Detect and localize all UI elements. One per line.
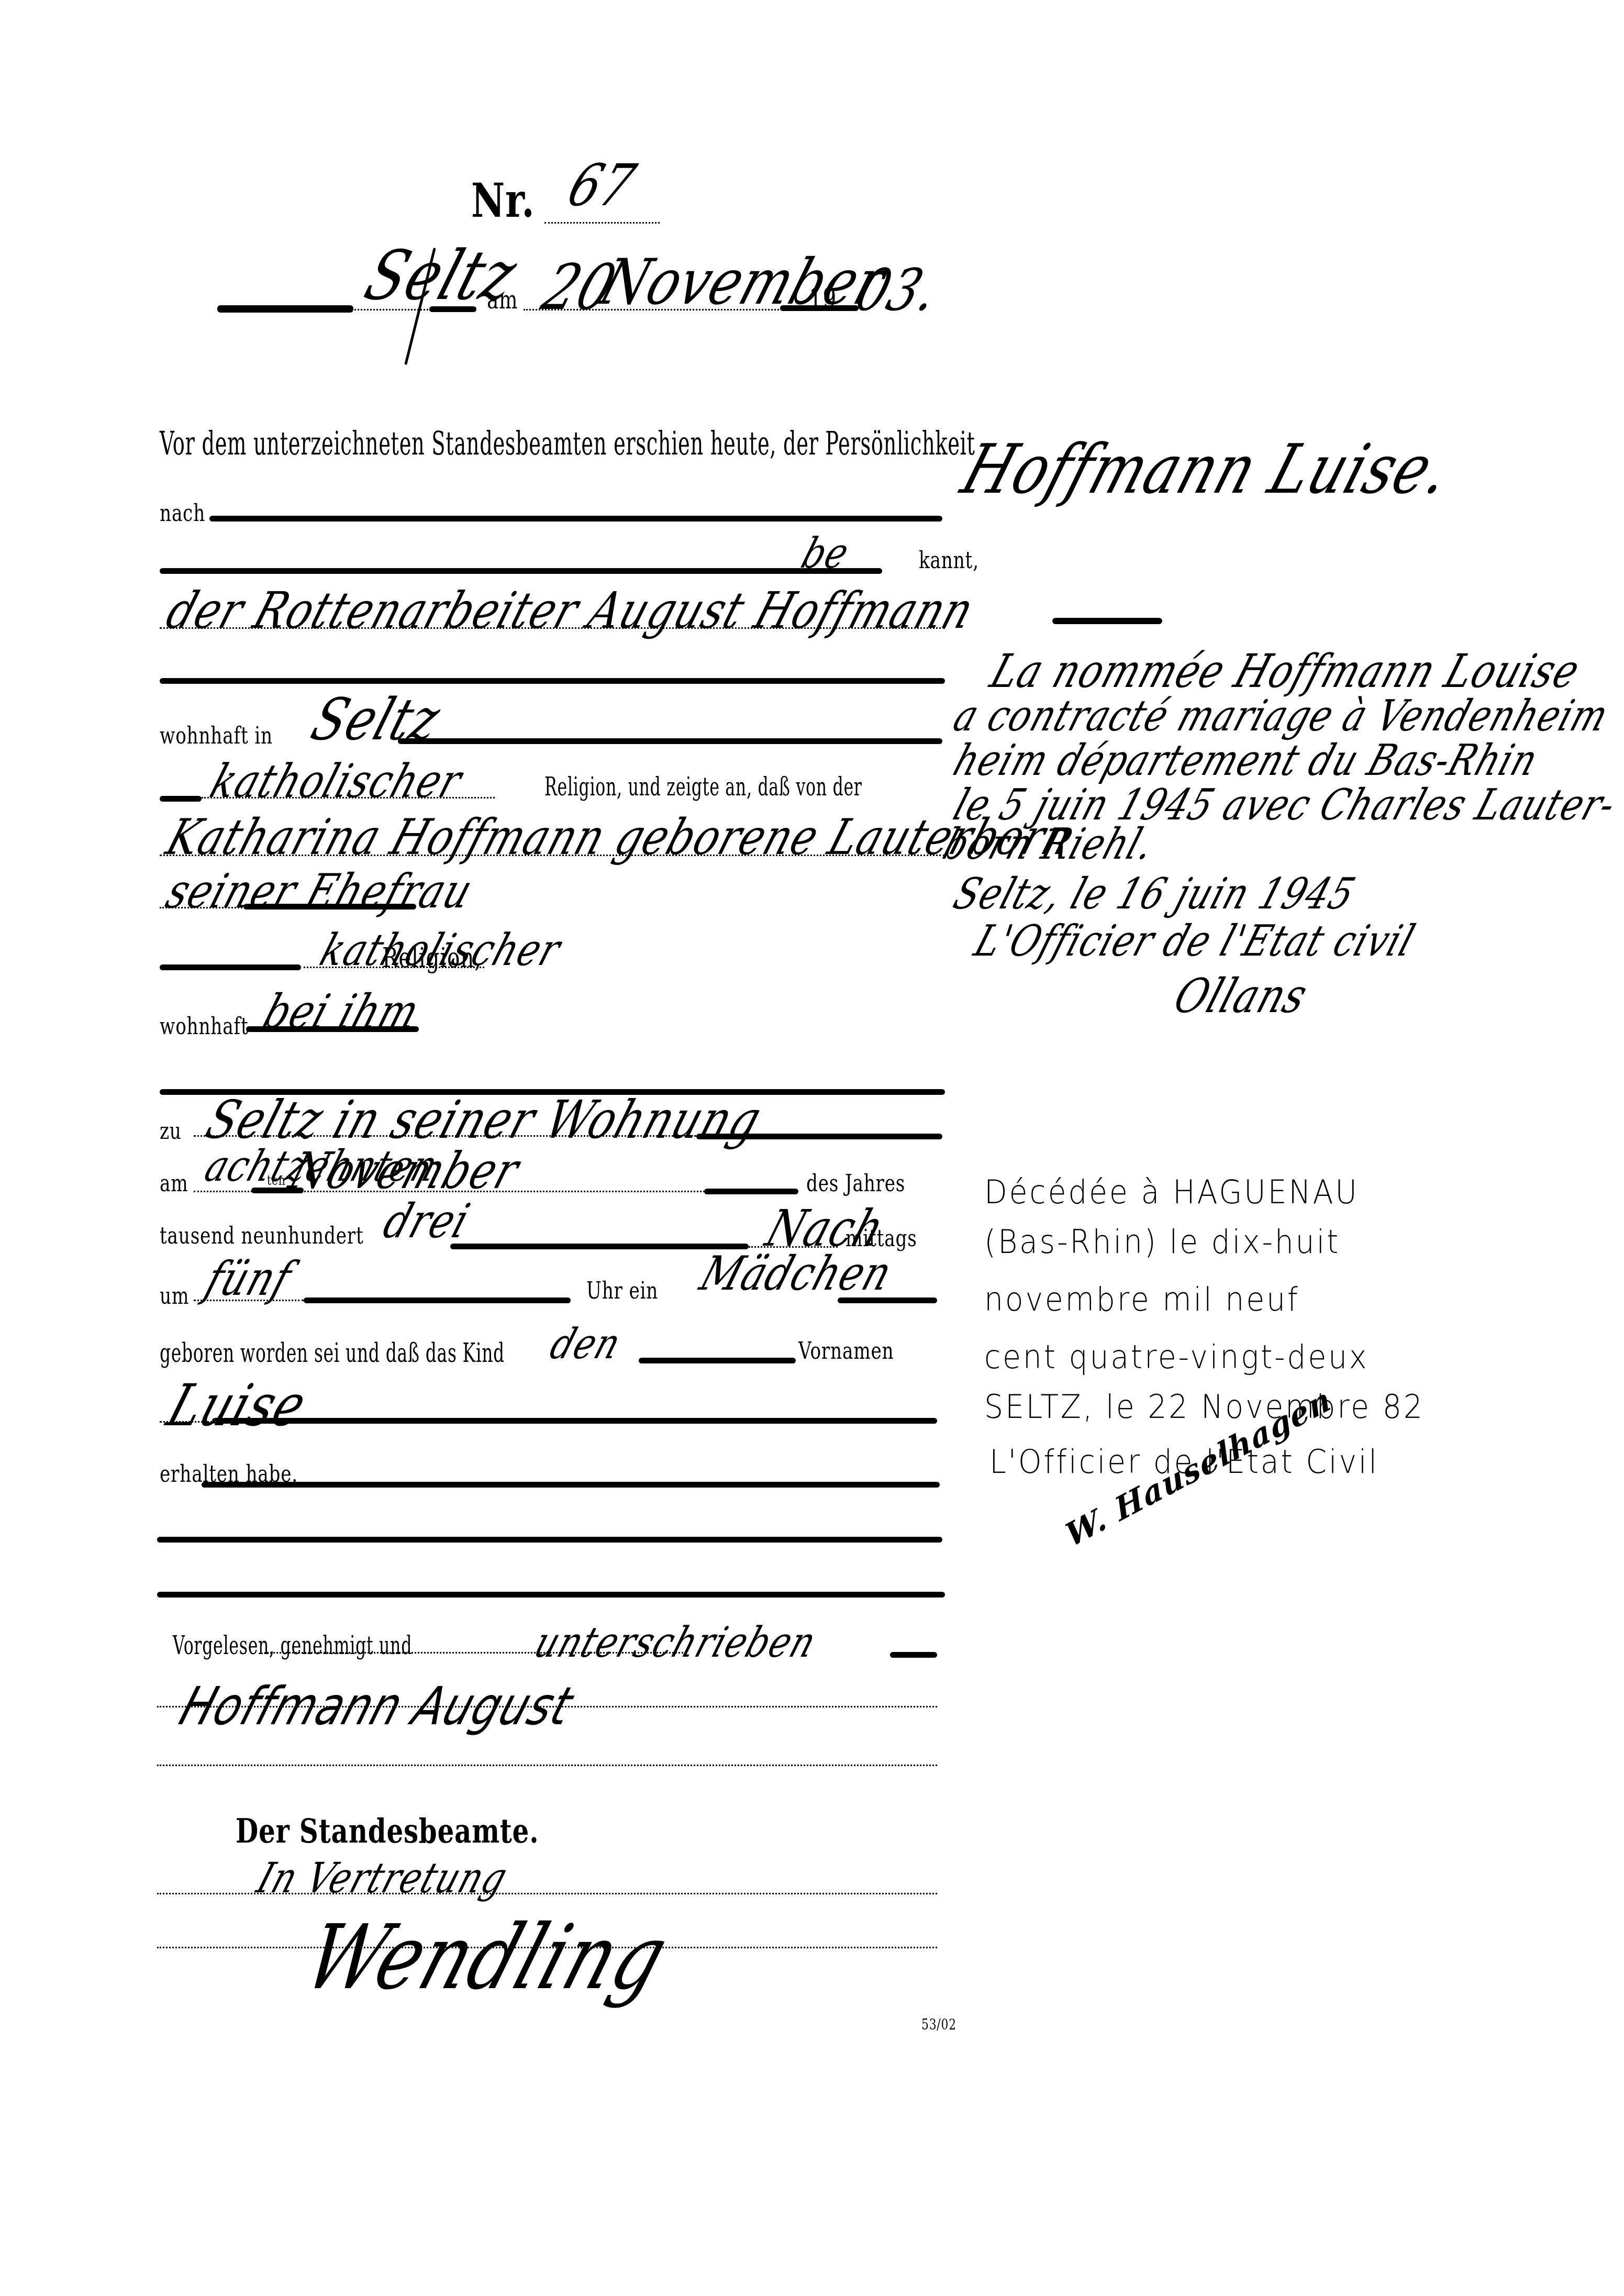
uhr-ein: Uhr ein	[586, 1278, 658, 1304]
um-value: fünf	[199, 1251, 298, 1306]
marriage-signature: Ollans	[1167, 969, 1315, 1024]
nach-line	[209, 516, 942, 522]
geboren-text: geboren worden sei und daß das Kind	[160, 1338, 505, 1368]
mother-relation-line	[160, 907, 249, 908]
child-name-tail	[212, 1418, 937, 1424]
marriage-officer: L'Officier de l'Etat civil	[969, 916, 1421, 966]
signature-line-1	[157, 1706, 937, 1707]
mother-relation-tail	[243, 904, 416, 909]
date-line-lead	[217, 305, 353, 313]
bekannt-line	[160, 568, 882, 574]
place-line-tail	[429, 306, 476, 312]
religion-text-2: Religion,	[382, 942, 482, 974]
child-sex-tail	[838, 1297, 937, 1303]
vorgelesen-label: Vorgelesen, genehmigt und	[173, 1631, 412, 1660]
nach-label: nach	[160, 500, 205, 527]
date-prefix: am	[487, 285, 518, 315]
vorgelesen-line	[264, 1652, 683, 1654]
form-code: 53/02	[921, 2016, 956, 2033]
year-prefix: 19	[809, 283, 837, 314]
informant-blank-line	[160, 678, 945, 684]
des-jahres: des Jahres	[806, 1170, 905, 1197]
am-month-tail	[704, 1189, 798, 1194]
signature-line-2	[157, 1765, 937, 1766]
wohnhaft-label: wohnhaft in	[160, 723, 273, 749]
religion-value-1: katholischer	[204, 754, 469, 808]
am-label: am	[160, 1170, 188, 1197]
erhalten-line	[202, 1482, 940, 1488]
form-intro: Vor dem unterzeichneten Standesbeamten e…	[160, 424, 975, 462]
standesbeamte-line-1	[157, 1893, 937, 1894]
date-line	[524, 309, 785, 310]
child-sex: Mädchen	[694, 1246, 899, 1301]
mother-line	[160, 855, 945, 856]
tausend-value: drei	[377, 1194, 476, 1249]
religion1-line	[202, 797, 495, 798]
death-line-1: Décédée à HAGUENAU	[984, 1173, 1359, 1211]
standesbeamte-line-2	[157, 1947, 937, 1948]
um-label: um	[160, 1283, 189, 1310]
marriage-line-2: a contracté mariage à Vendenheim	[948, 691, 1615, 741]
bekannt-label: kannt,	[919, 547, 979, 574]
ten-small: ten	[267, 1173, 286, 1189]
zu-label: zu	[160, 1118, 182, 1145]
informant-line	[160, 627, 945, 629]
child-name: Luise	[160, 1372, 315, 1439]
um-line	[194, 1300, 304, 1301]
zu-line-tail	[696, 1134, 942, 1139]
register-number-value: 67	[560, 152, 644, 219]
tausend-label: tausend neunhundert	[160, 1223, 364, 1249]
blank-line-c	[157, 1592, 945, 1598]
death-line-3: novembre mil neuf	[984, 1280, 1300, 1318]
tausend-line	[450, 1244, 749, 1249]
am-line	[194, 1191, 717, 1192]
den-line	[639, 1358, 796, 1363]
informant-name: der Rottenarbeiter August Hoffmann	[160, 581, 982, 640]
vorgelesen-value: unterschrieben	[529, 1618, 822, 1667]
zu-line	[194, 1135, 696, 1137]
marriage-place-date: Seltz, le 16 juin 1945	[948, 869, 1362, 919]
death-line-4: cent quatre-vingt-deux	[984, 1338, 1369, 1376]
religion1-lead-line	[160, 796, 202, 802]
register-number-label: Nr.	[471, 173, 535, 228]
marriage-line-5: born Riehl.	[937, 819, 1161, 869]
margin-name: Hoffmann Luise.	[953, 429, 1461, 509]
mother-relation: seiner Ehefrau	[160, 864, 480, 919]
vornamen-label: Vornamen	[798, 1338, 894, 1365]
religion2-lead-line	[160, 964, 301, 970]
den-value: den	[544, 1319, 627, 1368]
um-line-tail	[304, 1297, 571, 1303]
standesbeamte-prefix: In Vertretung	[251, 1854, 514, 1902]
religion-text-1: Religion, und zeigte an, daß von der	[544, 772, 862, 802]
death-line-5: SELTZ, le 22 Novembre 82	[984, 1388, 1425, 1426]
standesbeamte-signature: Wendling	[293, 1906, 680, 2010]
marriage-rule	[1052, 618, 1162, 624]
death-line-2: (Bas-Rhin) le dix-huit	[984, 1223, 1340, 1261]
register-number-line	[544, 222, 660, 224]
standesbeamte-title: Der Standesbeamte.	[236, 1812, 539, 1851]
marriage-line-3: heim département du Bas-Rhin	[948, 736, 1544, 785]
wohnhaft2-line	[246, 1026, 419, 1032]
marriage-line-1: La nommée Hoffmann Louise	[984, 644, 1587, 698]
wohnhaft2-label: wohnhaft	[160, 1013, 249, 1040]
vorgelesen-tail	[890, 1652, 937, 1658]
wohnhaft-line	[398, 738, 942, 744]
blank-line-b	[157, 1537, 942, 1543]
